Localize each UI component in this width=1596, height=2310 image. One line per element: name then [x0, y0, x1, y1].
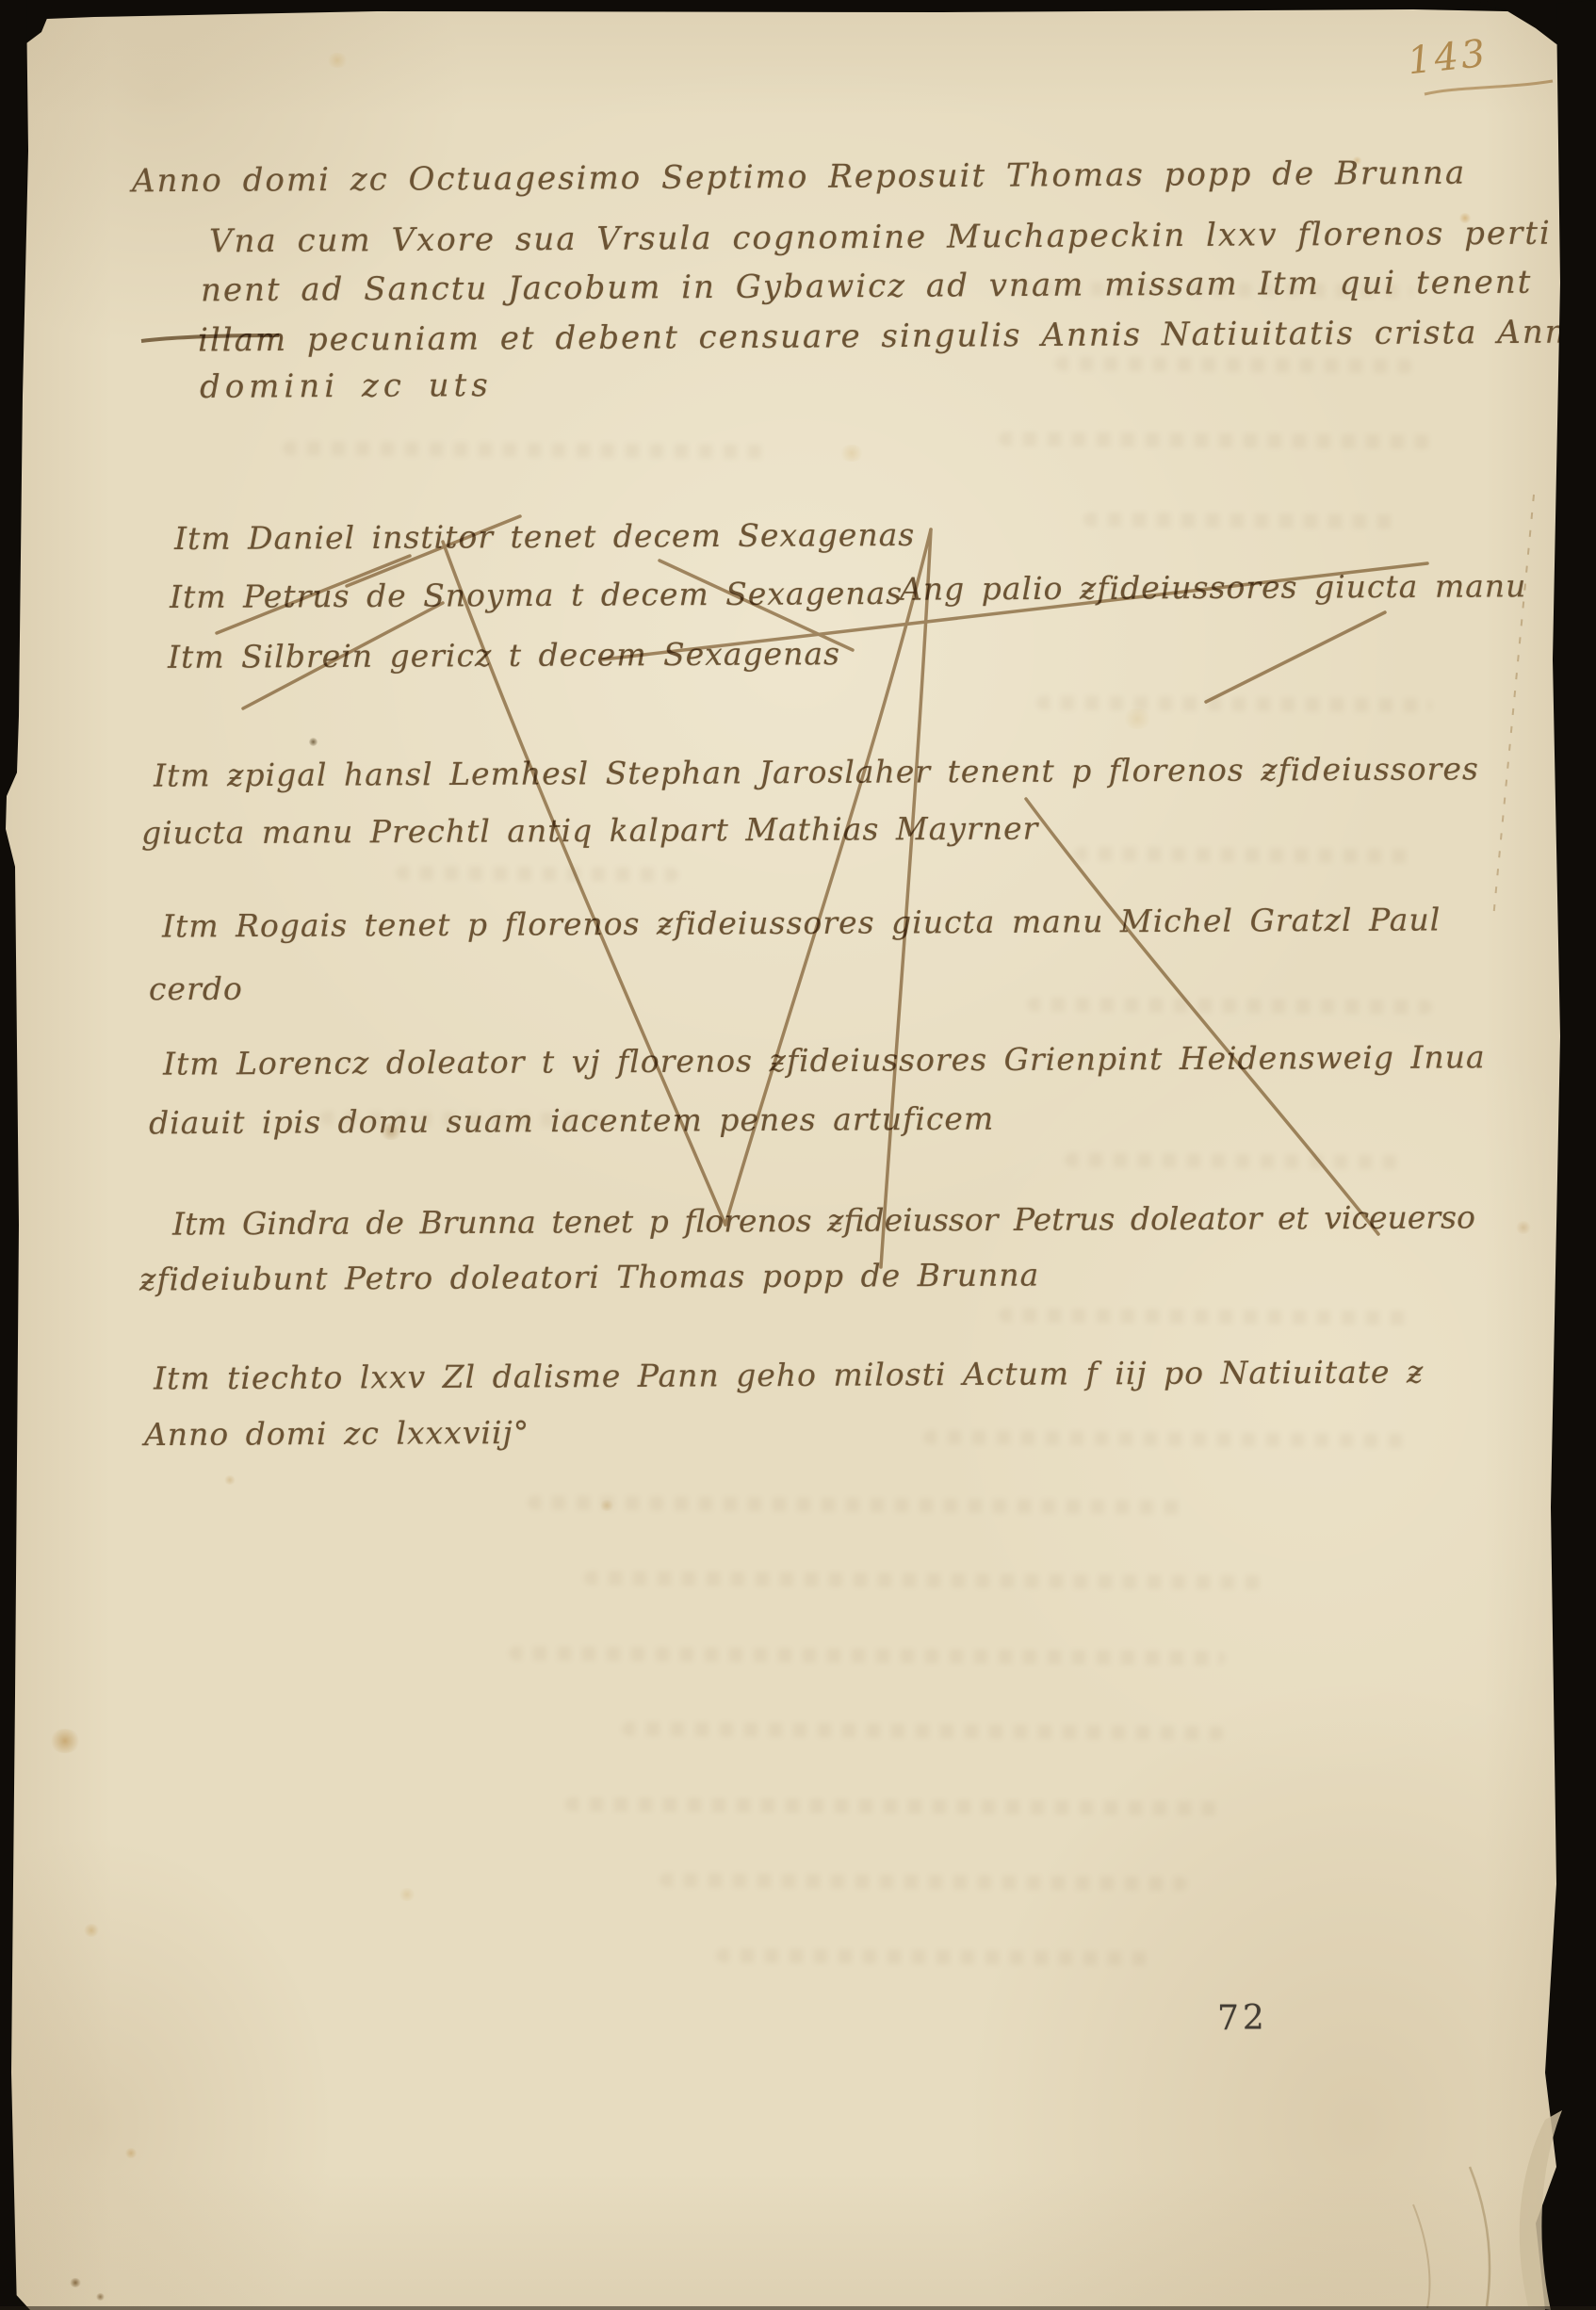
entry-petrus: Itm Petrus de Snoyma t decem Sexagenas: [170, 575, 903, 615]
entry-daniel: Itm Daniel institor tenet decem Sexagena…: [174, 516, 915, 557]
entry-rogais-line2: cerdo: [149, 970, 243, 1008]
header-line-5: domini zc uts: [200, 366, 493, 406]
entry-zpigal-line1: Itm ƶpigal hansl Lemhesl Stephan Jarosla…: [154, 750, 1479, 793]
entry-rogais-line1: Itm Rogais tenet p florenos ƶfideiussore…: [162, 901, 1441, 944]
entry-zpigal-line2: giucta manu Prechtl antiq kalpart Mathia…: [141, 810, 1039, 852]
entry-tiechto-line1: Itm tiechto lxxv Zl dalisme Pann geho mi…: [154, 1353, 1425, 1396]
entry-petrus-note: Ang palio ƶfideiussores giucta manu: [900, 567, 1527, 607]
entry-tiechto-line2: Anno domi zc lxxxviij°: [144, 1414, 529, 1453]
manuscript-scan: { "page": { "folio_number": "143", "page…: [0, 0, 1596, 2310]
entry-gindra-line2: ƶfideiubunt Petro doleatori Thomas popp …: [139, 1256, 1039, 1297]
entry-gindra-line1: Itm Gindra de Brunna tenet p florenos ƶf…: [172, 1198, 1475, 1242]
page-number: 72: [1217, 1999, 1268, 2038]
entry-lorencz-line2: diauit ipis domu suam iacentem penes art…: [149, 1100, 994, 1142]
folio-number: 143: [1406, 32, 1490, 84]
entry-lorencz-line1: Itm Lorencz doleator t vj florenos ƶfide…: [163, 1038, 1486, 1082]
entry-silbrein: Itm Silbrein gericz t decem Sexagenas: [168, 635, 840, 675]
